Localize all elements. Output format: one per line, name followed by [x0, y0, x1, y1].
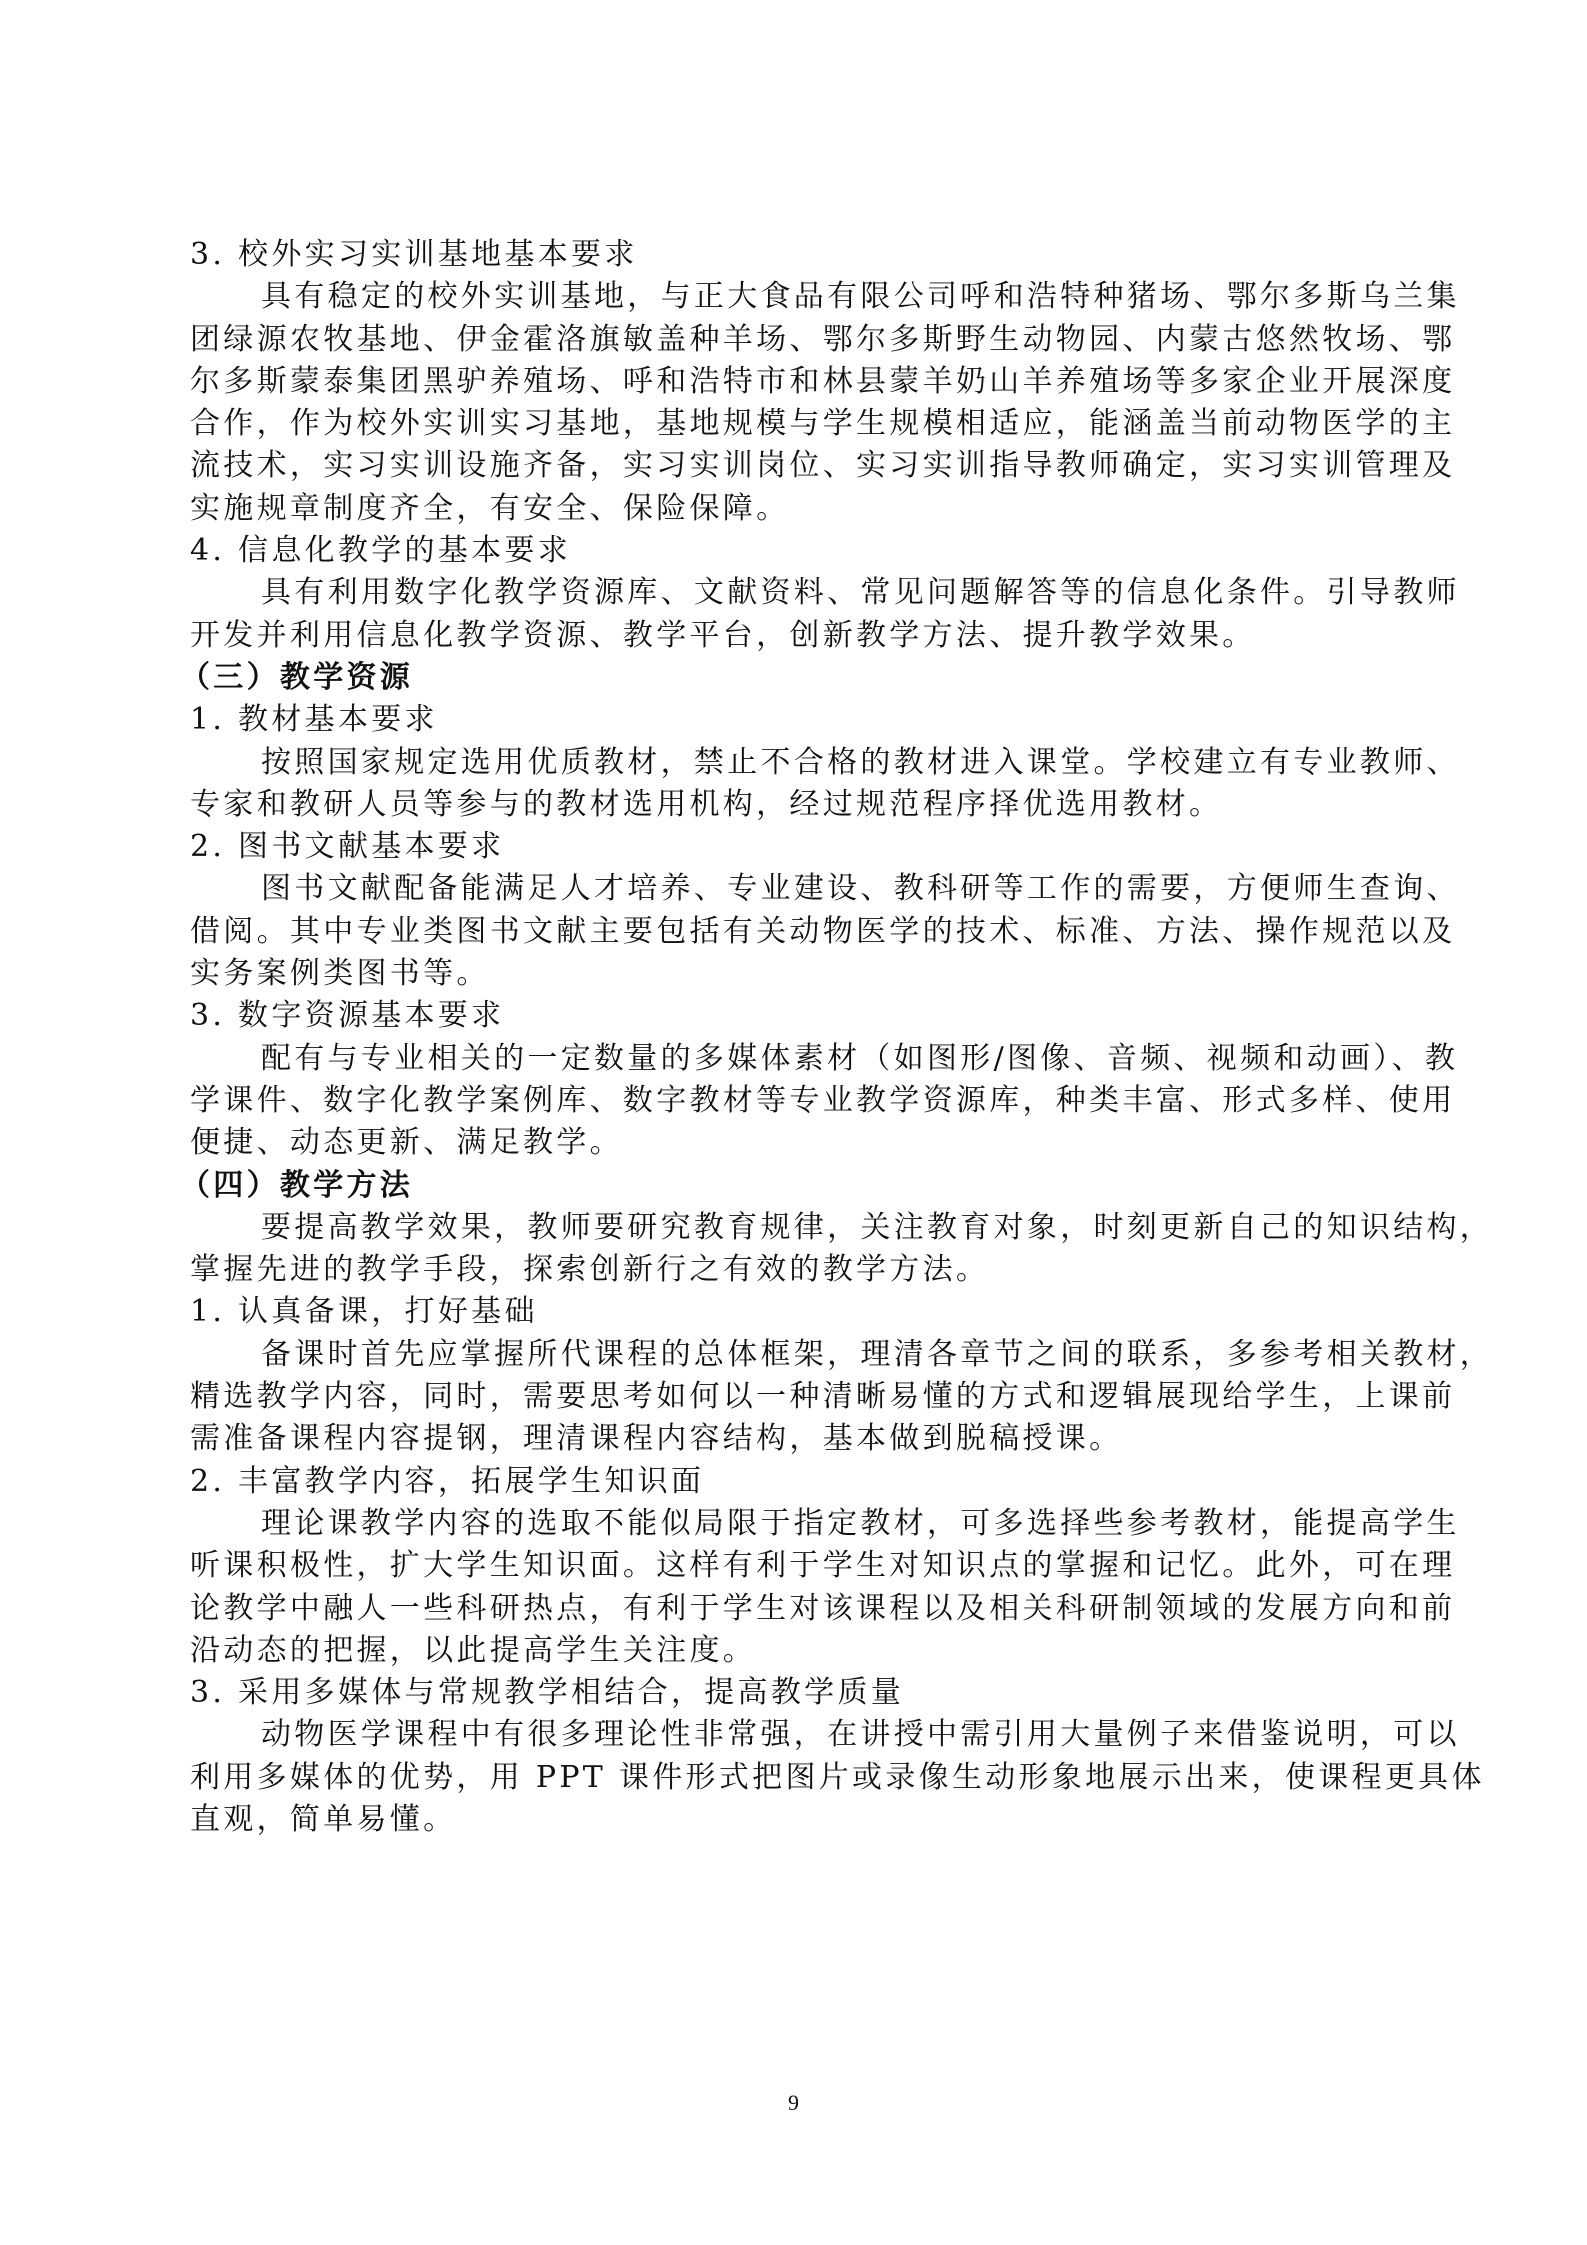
paragraph-practice-base: 具有稳定的校外实训基地，与正大食品有限公司呼和浩特种猪场、鄂尔多斯乌兰集	[190, 276, 1400, 318]
paragraph-line: 利用多媒体的优势，用 PPT 课件形式把图片或录像生动形象地展示出来，使课程更具…	[190, 1757, 1400, 1799]
subheading-practice-base: 3. 校外实习实训基地基本要求	[190, 234, 1400, 276]
paragraph-line: 团绿源农牧基地、伊金霍洛旗敏盖种羊场、鄂尔多斯野生动物园、内蒙古悠然牧场、鄂	[190, 319, 1400, 361]
subheading-multimedia: 3. 采用多媒体与常规教学相结合，提高教学质量	[190, 1672, 1400, 1714]
document-body: 3. 校外实习实训基地基本要求 具有稳定的校外实训基地，与正大食品有限公司呼和浩…	[190, 234, 1400, 1841]
page-number: 9	[0, 2090, 1587, 2116]
paragraph-line: 尔多斯蒙泰集团黑驴养殖场、呼和浩特市和林县蒙羊奶山羊养殖场等多家企业开展深度	[190, 361, 1400, 403]
paragraph-library: 图书文献配备能满足人才培养、专业建设、教科研等工作的需要，方便师生查询、	[190, 868, 1400, 910]
paragraph-line: 实务案例类图书等。	[190, 953, 1400, 995]
paragraph-line: 专家和教研人员等参与的教材选用机构，经过规范程序择优选用教材。	[190, 784, 1400, 826]
subheading-library: 2. 图书文献基本要求	[190, 826, 1400, 868]
subheading-textbooks: 1. 教材基本要求	[190, 699, 1400, 741]
section-heading-teaching-methods: （四）教学方法	[180, 1165, 1400, 1207]
paragraph-it-teaching: 具有利用数字化教学资源库、文献资料、常见问题解答等的信息化条件。引导教师	[190, 572, 1400, 614]
paragraph-enrich-content: 理论课教学内容的选取不能似局限于指定教材，可多选择些参考教材，能提高学生	[190, 1503, 1400, 1545]
subheading-it-teaching: 4. 信息化教学的基本要求	[190, 530, 1400, 572]
paragraph-line: 需准备课程内容提钢，理清课程内容结构，基本做到脱稿授课。	[190, 1418, 1400, 1460]
section-heading-teaching-resources: （三）教学资源	[180, 657, 1400, 699]
paragraph-textbooks: 按照国家规定选用优质教材，禁止不合格的教材进入课堂。学校建立有专业教师、	[190, 742, 1400, 784]
subheading-digital-resources: 3. 数字资源基本要求	[190, 995, 1400, 1037]
paragraph-line: 论教学中融人一些科研热点，有利于学生对该课程以及相关科研制领域的发展方向和前	[190, 1588, 1400, 1630]
paragraph-teaching-methods: 要提高教学效果，教师要研究教育规律，关注教育对象，时刻更新自己的知识结构，	[190, 1207, 1400, 1249]
paragraph-line: 直观，简单易懂。	[190, 1799, 1400, 1841]
paragraph-line: 沿动态的把握，以此提高学生关注度。	[190, 1630, 1400, 1672]
paragraph-line: 流技术，实习实训设施齐备，实习实训岗位、实习实训指导教师确定，实习实训管理及	[190, 445, 1400, 487]
paragraph-multimedia: 动物医学课程中有很多理论性非常强，在讲授中需引用大量例子来借鉴说明，可以	[190, 1714, 1400, 1756]
paragraph-lesson-prep: 备课时首先应掌握所代课程的总体框架，理清各章节之间的联系，多参考相关教材，	[190, 1334, 1400, 1376]
paragraph-line: 精选教学内容，同时，需要思考如何以一种清晰易懂的方式和逻辑展现给学生，上课前	[190, 1376, 1400, 1418]
paragraph-line: 掌握先进的教学手段，探索创新行之有效的教学方法。	[190, 1249, 1400, 1291]
paragraph-line: 借阅。其中专业类图书文献主要包括有关动物医学的技术、标准、方法、操作规范以及	[190, 911, 1400, 953]
paragraph-line: 合作，作为校外实训实习基地，基地规模与学生规模相适应，能涵盖当前动物医学的主	[190, 403, 1400, 445]
paragraph-line: 便捷、动态更新、满足教学。	[190, 1122, 1400, 1164]
subheading-enrich-content: 2. 丰富教学内容，拓展学生知识面	[190, 1461, 1400, 1503]
paragraph-digital-resources: 配有与专业相关的一定数量的多媒体素材（如图形/图像、音频、视频和动画）、教	[190, 1038, 1400, 1080]
paragraph-line: 学课件、数字化教学案例库、数字教材等专业教学资源库，种类丰富、形式多样、使用	[190, 1080, 1400, 1122]
paragraph-line: 开发并利用信息化教学资源、教学平台，创新教学方法、提升教学效果。	[190, 615, 1400, 657]
paragraph-line: 听课积极性，扩大学生知识面。这样有利于学生对知识点的掌握和记忆。此外，可在理	[190, 1545, 1400, 1587]
subheading-lesson-prep: 1. 认真备课，打好基础	[190, 1291, 1400, 1333]
paragraph-line: 实施规章制度齐全，有安全、保险保障。	[190, 488, 1400, 530]
